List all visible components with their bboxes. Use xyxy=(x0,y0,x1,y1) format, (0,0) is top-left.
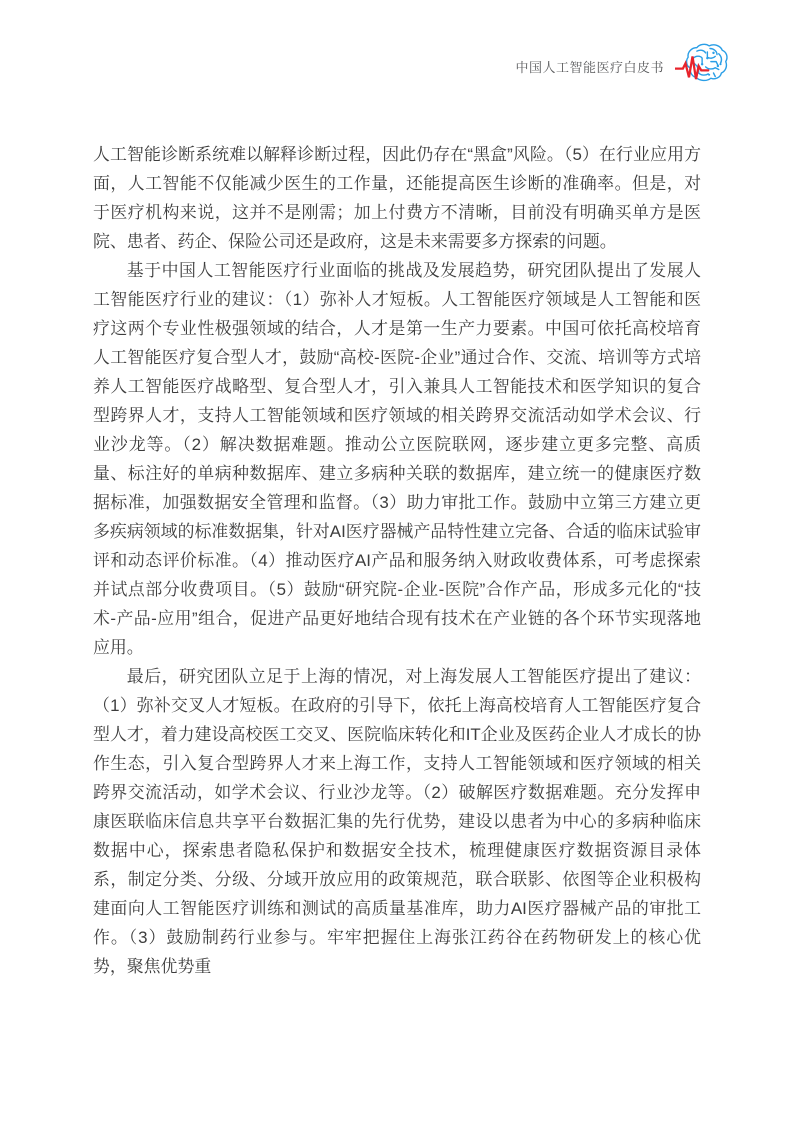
document-page: 中国人工智能医疗白皮书 xyxy=(0,0,793,1123)
page-header: 中国人工智能医疗白皮书 xyxy=(515,40,731,92)
brain-circuit-logo-icon xyxy=(675,40,731,92)
header-title: 中国人工智能医疗白皮书 xyxy=(515,57,664,76)
paragraph-risk-blackbox: 人工智能诊断系统难以解释诊断过程，因此仍存在“黑盒”风险。（5）在行业应用方面，… xyxy=(93,140,701,256)
document-body: 人工智能诊断系统难以解释诊断过程，因此仍存在“黑盒”风险。（5）在行业应用方面，… xyxy=(93,140,701,981)
paragraph-china-recommendations: 基于中国人工智能医疗行业面临的挑战及发展趋势，研究团队提出了发展人工智能医疗行业… xyxy=(93,256,701,662)
paragraph-shanghai-recommendations: 最后，研究团队立足于上海的情况，对上海发展人工智能医疗提出了建议：（1）弥补交叉… xyxy=(93,662,701,981)
